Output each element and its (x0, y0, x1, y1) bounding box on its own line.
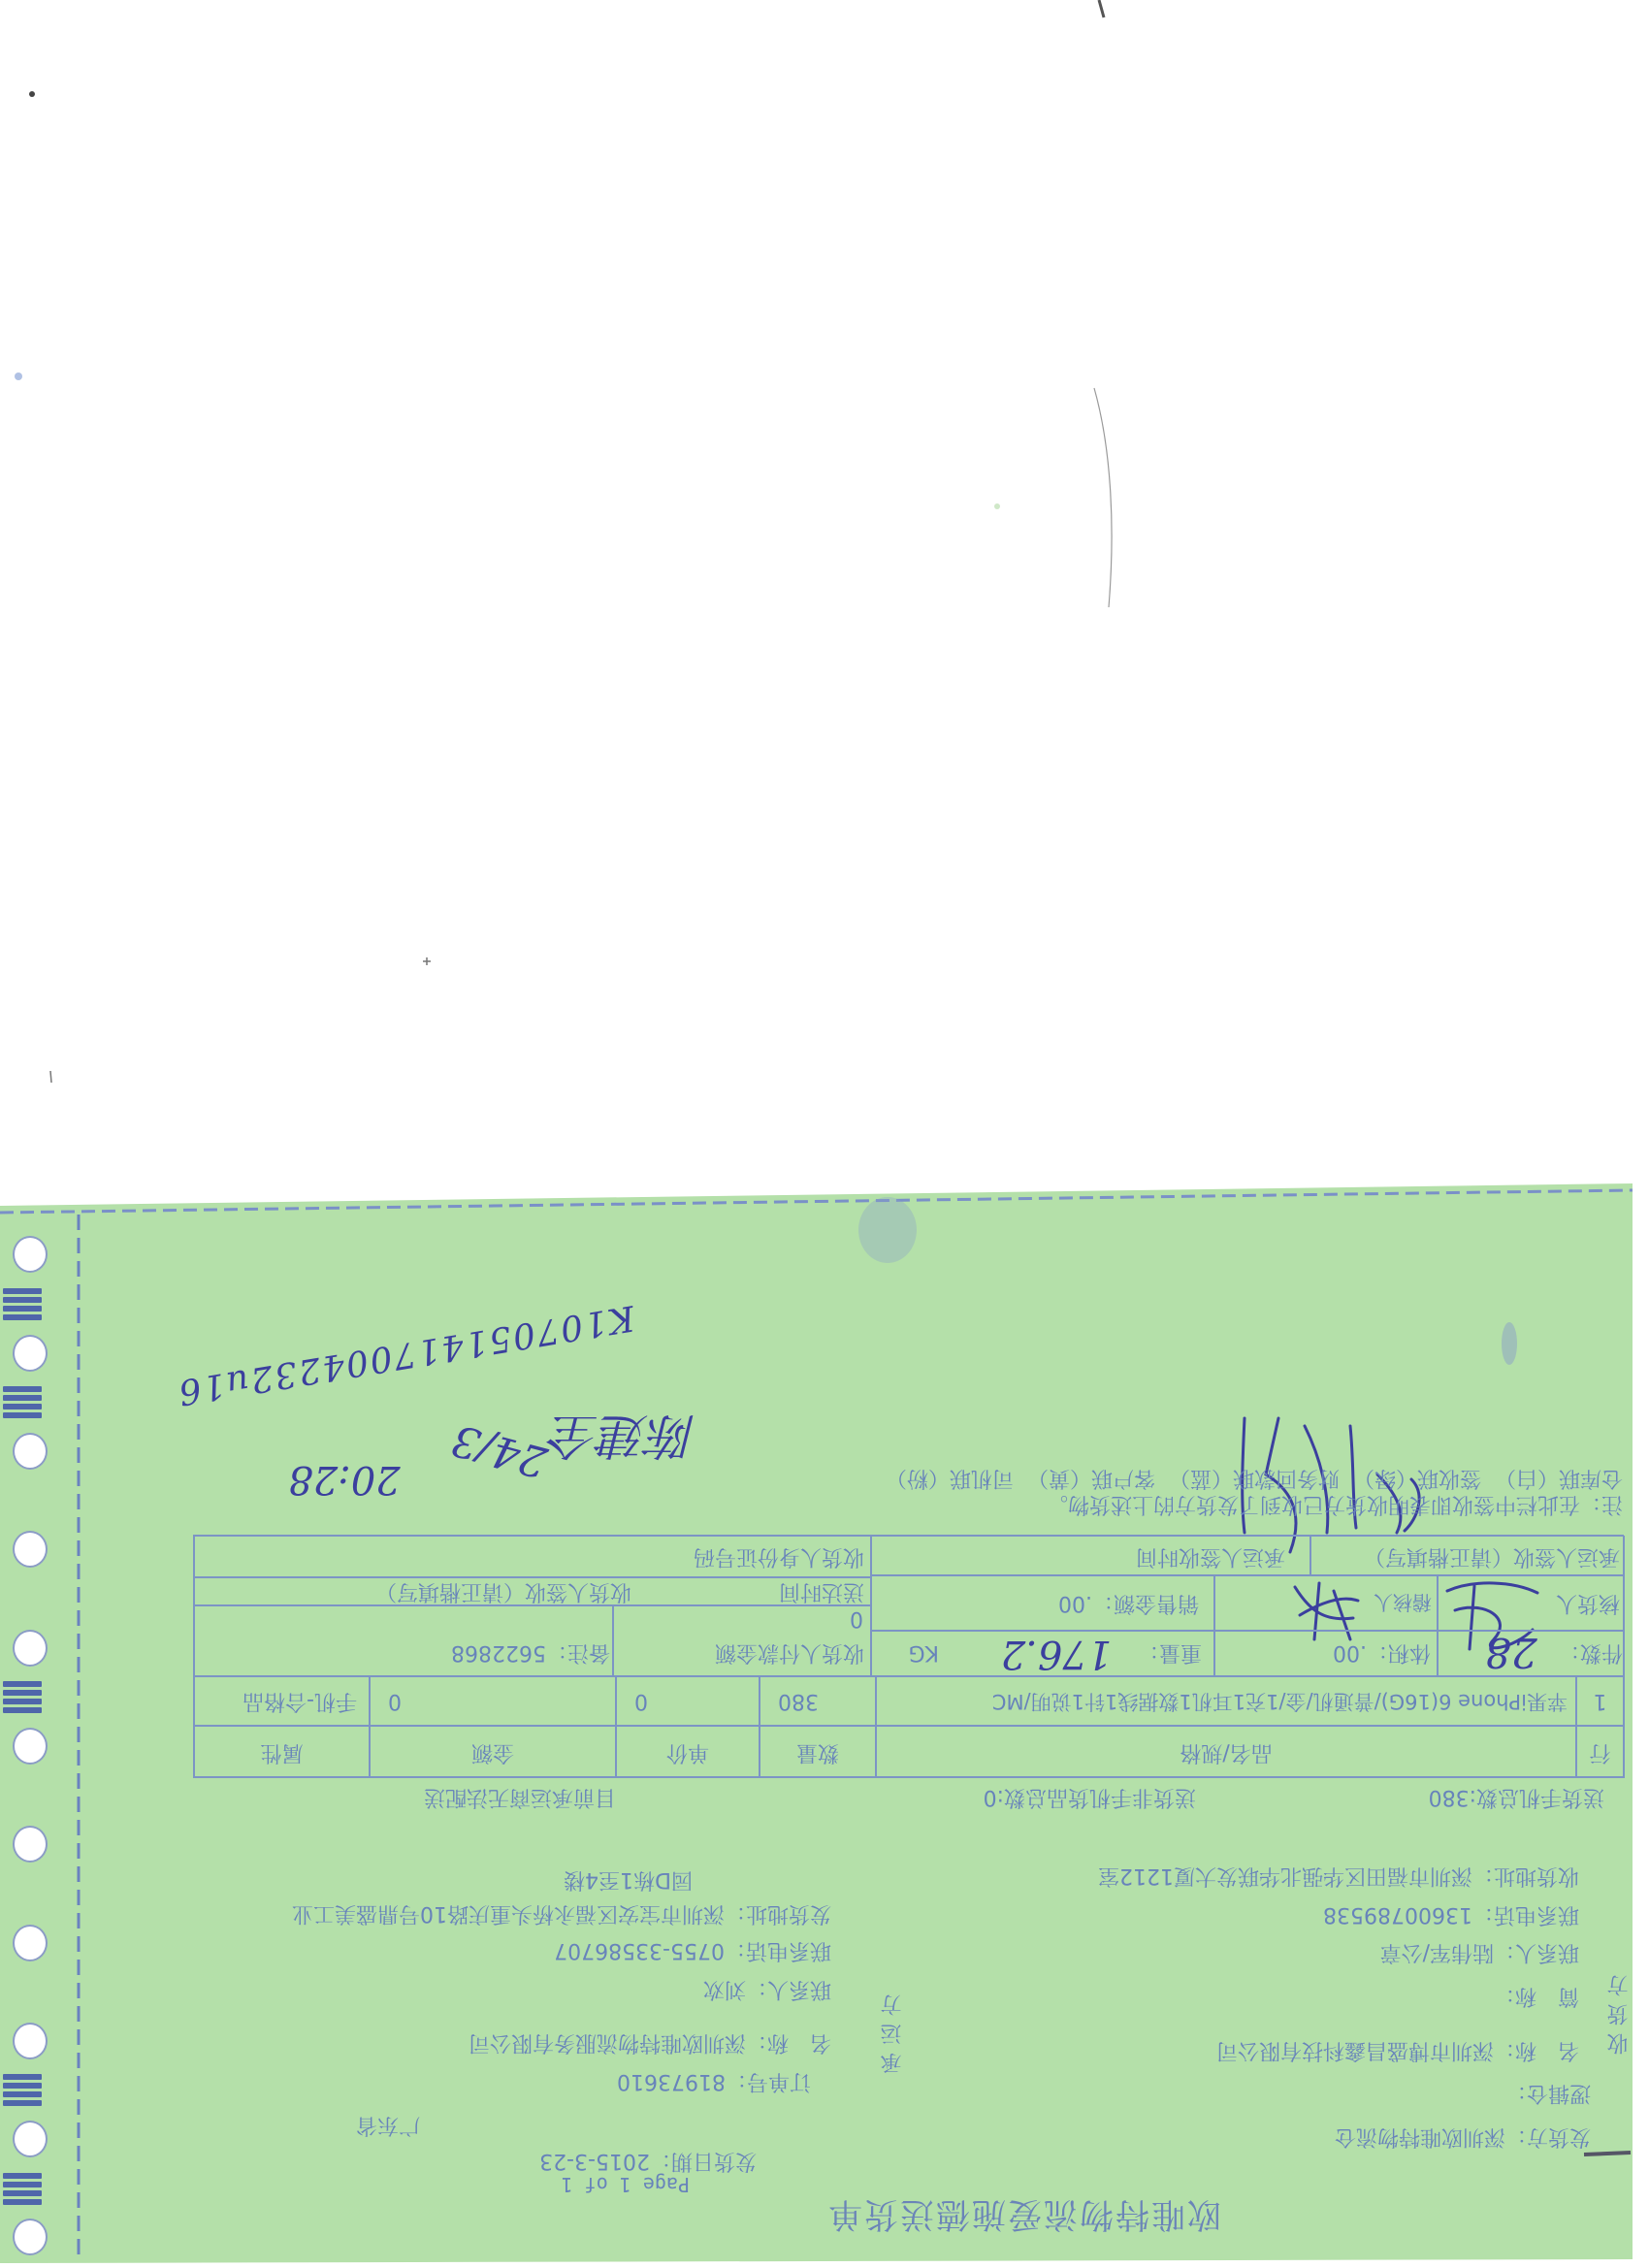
phones-total: 送货手机总数:380 (1401, 1784, 1604, 1809)
tractor-feed-hole (13, 2219, 48, 2255)
table-rule (194, 1604, 871, 1606)
header-line: 行 (1577, 1728, 1623, 1776)
receiver-phone-value: 13600789538 (1323, 1903, 1472, 1925)
shipper-value: 深圳欧唯特物流仓 (1335, 2125, 1505, 2147)
sales-amount: 销售金额： .00 (1025, 1590, 1199, 1615)
carrier-name-label: 名 称： (746, 2031, 831, 2053)
table-rule (1437, 1574, 1439, 1677)
carrier-contact-value: 刘欢 (703, 1978, 746, 1999)
header-unit-price: 单价 (617, 1728, 759, 1776)
receiver-address-value: 深圳市福田区华强北华联发大厦1212室 (1098, 1864, 1472, 1886)
tractor-feed-hole (13, 1826, 48, 1863)
payment-label: 收货人付款金额 (673, 1639, 864, 1665)
copy-finance: 财务回款联（蓝） (1169, 1467, 1340, 1488)
header-name-spec: 品名/规格 (877, 1728, 1575, 1776)
receiver-id-label: 收货人身份证号码 (673, 1543, 864, 1569)
table-rule (1213, 1574, 1215, 1677)
form-title: 欧唯特物流爱施德送货单 (809, 2195, 1221, 2232)
table-rule (871, 1574, 1624, 1576)
margin-code-mark (3, 2173, 42, 2205)
ship-date: 发货日期： 2015-3-23 (512, 2148, 757, 2173)
copy-customer: 客户联（黄） (1027, 1467, 1155, 1488)
carrier-name: 名 称： 深圳欧唯特物流服务有限公司 (391, 2029, 831, 2055)
table-rule (612, 1604, 614, 1677)
remark: 备注： 5622868 (436, 1639, 610, 1665)
sales-amount-label: 销售金额： (1092, 1592, 1199, 1613)
table-rule (1309, 1535, 1311, 1575)
item-attribute: 手机-合格品 (195, 1677, 369, 1725)
scan-speck (423, 957, 431, 965)
tractor-feed-hole (13, 1531, 48, 1568)
scan-hair (1094, 388, 1112, 607)
tractor-feed-hole (13, 2121, 48, 2157)
receiver-name-value: 深圳市博盛昌鑫科技有限公司 (1216, 2039, 1494, 2060)
margin-code-mark (3, 1681, 42, 1713)
carrier-contact-label: 联系人： (746, 1978, 831, 1999)
copy-driver: 司机联（粉） (886, 1467, 1014, 1488)
tractor-feed-hole (13, 2023, 48, 2059)
shipper: 发货方： 深圳欧唯特物流仓 (1311, 2123, 1591, 2149)
copy-distribution: 仓库联（白） 签收联（绿） 财务回款联（蓝） 客户联（黄） 司机联（粉） (905, 1465, 1623, 1490)
carrier-sign-label: 承运人签收（请正楷填写） (1329, 1543, 1620, 1569)
table-border (194, 1535, 1624, 1537)
pieces-label: 件数： (1570, 1639, 1623, 1665)
tractor-feed-hole (13, 1433, 48, 1470)
handwritten-signer-name: 陈建全 (551, 1403, 696, 1469)
copy-warehouse: 仓库联（白） (1495, 1467, 1623, 1488)
weight-value: 176.2 (986, 1632, 1126, 1676)
page-indicator: Page 1 of 1 (541, 2174, 690, 2195)
receiver-phone: 联系电话： 13600789538 (1316, 1901, 1579, 1927)
pieces-value: 28 (1481, 1630, 1541, 1674)
copy-signoff: 签收联（绿） (1353, 1467, 1481, 1488)
sales-amount-value: .00 (1058, 1592, 1092, 1613)
margin-code-mark (3, 1386, 42, 1418)
ink-smudge (1502, 1322, 1517, 1365)
receiver-name-label: 名 称： (1494, 2039, 1579, 2060)
receiver-address: 收货地址： 深圳市福田区华强北华联发大厦1212室 (1026, 1863, 1579, 1888)
margin-code-mark (3, 1288, 42, 1320)
order-number-label: 订单号： (726, 2070, 811, 2091)
tractor-feed-hole (13, 1630, 48, 1667)
receiver-contact-label: 联系人： (1494, 1941, 1579, 1962)
ship-date-label: 发货日期： (650, 2150, 757, 2171)
carrier-sign-time-label: 承运人签收时间 (1113, 1543, 1285, 1569)
logic-warehouse-label: 逻辑仓： (1511, 2080, 1591, 2105)
order-number: 订单号： 81973610 (608, 2068, 811, 2093)
carrier-phone: 联系电话： 0755-33586707 (539, 1937, 831, 1962)
tractor-feed-hole (13, 1925, 48, 1961)
volume-value: .00 (1333, 1641, 1367, 1663)
carrier-address-label: 发货地址： (725, 1902, 831, 1924)
table-rule (194, 1725, 1624, 1727)
scanned-page: 欧唯特物流爱施德送货单 Page 1 of 1 发货日期： 2015-3-23 … (0, 0, 1649, 2268)
carrier-phone-label: 联系电话： (725, 1939, 831, 1960)
item-name: 苹果iPhone 6(16G)/普通机/金/1充1耳机1数据线1针1说明/MC (879, 1677, 1573, 1725)
receiver-phone-label: 联系电话： (1472, 1903, 1579, 1925)
receiver-sign-label: 收货人签收（请正楷填写） (315, 1578, 631, 1604)
item-amount: 0 (371, 1677, 615, 1725)
handwritten-sign-time: 20:28 (276, 1455, 412, 1504)
item-quantity: 380 (760, 1677, 875, 1725)
carrier-address-line2: 园D栋1至4楼 (556, 1866, 693, 1892)
receiver-address-label: 收货地址： (1472, 1864, 1579, 1886)
carrier-phone-value: 0755-33586707 (554, 1939, 725, 1960)
volume-label: 体积： (1367, 1641, 1431, 1663)
receiver-section-label: 收货方 (1609, 1967, 1631, 2055)
tractor-feed-hole (13, 1728, 48, 1765)
scan-speck (994, 503, 1000, 509)
tractor-feed-hole (13, 1236, 48, 1273)
checker-label: 核货人 (1545, 1590, 1620, 1615)
receiver-contact: 联系人： 陆伟军/公章 (1351, 1939, 1579, 1964)
order-number-value: 81973610 (617, 2070, 726, 2091)
ship-date-value: 2015-3-23 (539, 2150, 650, 2171)
receiver-short-name-label: 简 称： (1509, 1983, 1579, 2008)
weight-unit: KG (905, 1639, 939, 1665)
carrier-name-value: 深圳欧唯特物流服务有限公司 (469, 2031, 746, 2053)
non-phone-total: 送货非手机货品总数:0 (927, 1784, 1196, 1809)
weight-label: 重量： (1143, 1639, 1202, 1665)
table-border (194, 1776, 1624, 1778)
item-unit-price: 0 (617, 1677, 759, 1725)
margin-code-mark (3, 2074, 42, 2106)
carrier-address-line1: 深圳市宝安区福永桥头重庆路10号鼎盛美工业 (292, 1902, 725, 1924)
header-attribute: 属性 (195, 1728, 369, 1776)
carrier-section-label: 承运方 (883, 1987, 904, 2074)
signoff-notice: 注：在此栏中签收即表明收货方已收到了发货方的上述货物。 (992, 1491, 1623, 1516)
shipper-label: 发货方： (1505, 2125, 1591, 2147)
carrier-address: 发货地址： 深圳市宝安区福永桥头重庆路10号鼎盛美工业 (200, 1900, 831, 1926)
delivery-time-label: 送达时间 (765, 1578, 864, 1604)
tractor-feed-hole (13, 1335, 48, 1372)
remark-value: 5622868 (451, 1641, 546, 1663)
receiver-name: 名 称： 深圳市博盛昌鑫科技有限公司 (1182, 2037, 1579, 2062)
scan-background (0, 0, 1649, 2268)
ink-smudge (858, 1197, 917, 1263)
remark-label: 备注： (546, 1641, 610, 1663)
table-border (1623, 1536, 1625, 1778)
auditor-label: 稽核人 (1370, 1590, 1432, 1615)
scan-speck (15, 373, 22, 380)
carrier-notice: 目前承运商无法配送 (389, 1784, 616, 1809)
scan-hair (1099, 0, 1104, 17)
payment-value: 0 (840, 1606, 863, 1630)
header-amount: 金额 (371, 1728, 615, 1776)
carrier-contact: 联系人： 刘欢 (655, 1976, 831, 2001)
header-quantity: 数量 (760, 1728, 875, 1776)
item-line-no: 1 (1577, 1677, 1623, 1725)
scan-speck (50, 1071, 51, 1083)
receiver-contact-value: 陆伟军/公章 (1380, 1941, 1494, 1962)
pen-mark (1584, 2153, 1631, 2155)
scan-speck (29, 91, 35, 97)
volume: 体积： .00 (1316, 1639, 1431, 1665)
province: 广东省 (346, 2112, 420, 2137)
